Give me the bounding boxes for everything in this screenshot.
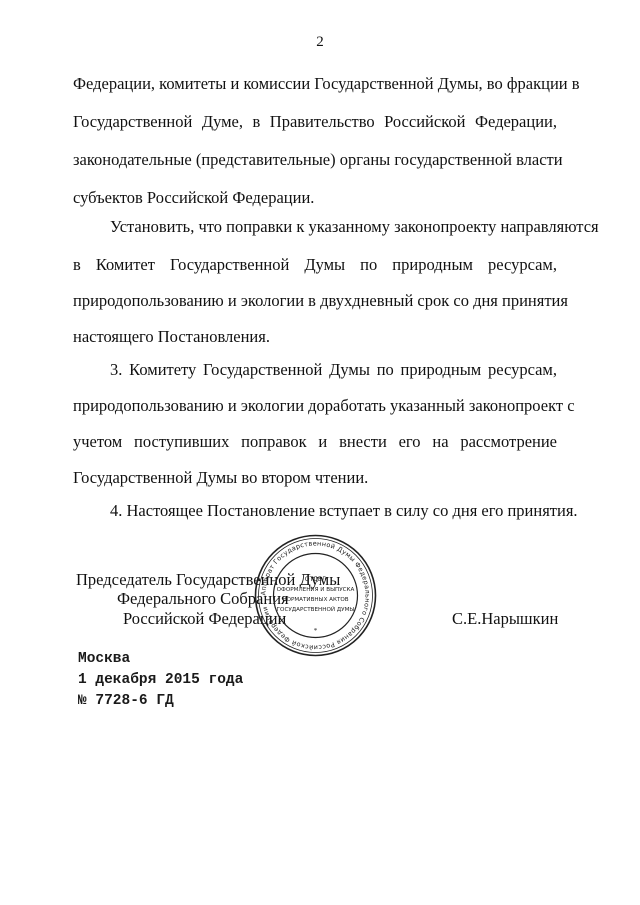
stamp-inner-line-2: ОФОРМЛЕНИЯ И ВЫПУСКА xyxy=(277,587,355,593)
date: 1 декабря 2015 года xyxy=(78,670,243,690)
text-line: природопользованию и экологии доработать… xyxy=(73,396,557,416)
text-line: в Комитет Государственной Думы по природ… xyxy=(73,255,557,275)
stamp-inner-line-3: НОРМАТИВНЫХ АКТОВ xyxy=(282,597,348,603)
svg-text:*: * xyxy=(314,627,318,635)
text-line: настоящего Постановления. xyxy=(73,327,557,347)
text-line: Государственной Думы во втором чтении. xyxy=(73,468,557,488)
signatory-name: С.Е.Нарышкин xyxy=(452,609,558,629)
stamp-seal-icon: Аппарат Государственной Думы Федеральног… xyxy=(253,533,378,658)
text-line: 3. Комитету Государственной Думы по прир… xyxy=(110,360,557,380)
stamp-inner-line-1: ОТДЕЛ xyxy=(305,576,326,583)
text-line: субъектов Российской Федерации. xyxy=(73,188,557,208)
text-line: природопользованию и экологии в двухднев… xyxy=(73,291,557,311)
stamp-inner-line-4: ГОСУДАРСТВЕННОЙ ДУМЫ xyxy=(277,606,355,613)
text-line: Государственной Думе, в Правительство Ро… xyxy=(73,112,557,132)
city: Москва xyxy=(78,649,130,669)
text-line: учетом поступивших поправок и внести его… xyxy=(73,432,557,452)
text-line: Федерации, комитеты и комиссии Государст… xyxy=(73,74,557,94)
text-line: законодательные (представительные) орган… xyxy=(73,150,557,170)
official-stamp: Аппарат Государственной Думы Федеральног… xyxy=(253,533,378,658)
document-number: № 7728-6 ГД xyxy=(78,691,174,711)
page-number: 2 xyxy=(0,34,640,51)
text-line: Установить, что поправки к указанному за… xyxy=(110,217,557,237)
text-line: 4. Настоящее Постановление вступает в си… xyxy=(110,501,594,521)
